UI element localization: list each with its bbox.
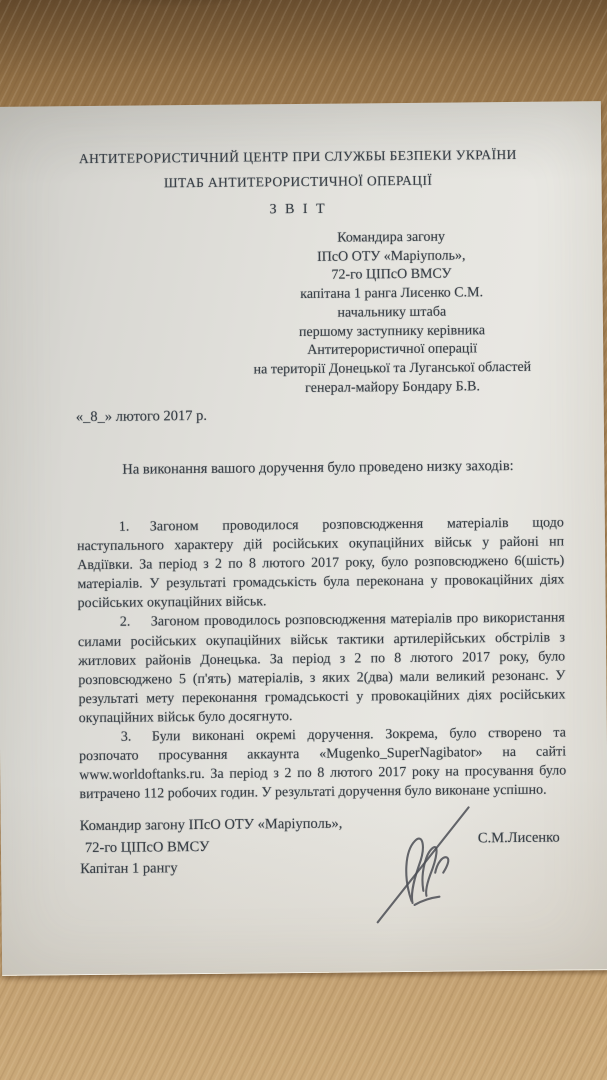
signature-title-line: Командир загону ІПсО ОТУ «Маріуполь», (80, 814, 343, 838)
paragraph-number: 3. (121, 727, 152, 746)
document-paper: АНТИТЕРОРИСТИЧНИЙ ЦЕНТР ПРИ СЛУЖБЫ БЕЗПЕ… (0, 101, 607, 976)
paragraph-text: Загоном проводилось розповсюдження матер… (78, 611, 566, 726)
addressee-block: Командира загону ІПсО ОТУ «Маріуполь», 7… (224, 228, 560, 400)
paragraph-number: 2. (120, 613, 151, 632)
report-paragraph: 1.Загоном проводилося розповсюдження мат… (77, 513, 565, 613)
addressee-line: генерал-майору Бондару Б.В. (225, 377, 559, 399)
date-line: «_8_» лютого 2017 р. (76, 408, 207, 426)
report-paragraph: 3.Були виконані окремі доручення. Зокрем… (79, 724, 567, 805)
paragraph-text: Загоном проводилося розповсюдження матер… (77, 515, 564, 611)
desk-background: АНТИТЕРОРИСТИЧНИЙ ЦЕНТР ПРИ СЛУЖБЫ БЕЗПЕ… (0, 0, 607, 1080)
signature-handwriting-icon (367, 800, 486, 929)
document-header: АНТИТЕРОРИСТИЧНИЙ ЦЕНТР ПРИ СЛУЖБЫ БЕЗПЕ… (0, 141, 602, 197)
signature-block: Командир загону ІПсО ОТУ «Маріуполь», 72… (80, 814, 343, 881)
signer-name: С.М.Лисенко (478, 830, 560, 848)
document-title: З В І Т (0, 199, 602, 221)
signature-title-line: Капітан 1 рангу (80, 857, 343, 881)
report-body: 1.Загоном проводилося розповсюдження мат… (77, 513, 567, 804)
report-paragraph: 2.Загоном проводилось розповсюдження мат… (78, 609, 566, 728)
signature-title-line: 72-го ЦІПсО ВМСУ (80, 835, 343, 859)
paragraph-text: Були виконані окремі доручення. Зокрема,… (79, 726, 566, 803)
paragraph-number: 1. (119, 517, 150, 536)
addressee-line: на території Донецької та Луганської обл… (225, 358, 559, 380)
intro-line: На виконання вашого доручення було прове… (76, 457, 563, 479)
